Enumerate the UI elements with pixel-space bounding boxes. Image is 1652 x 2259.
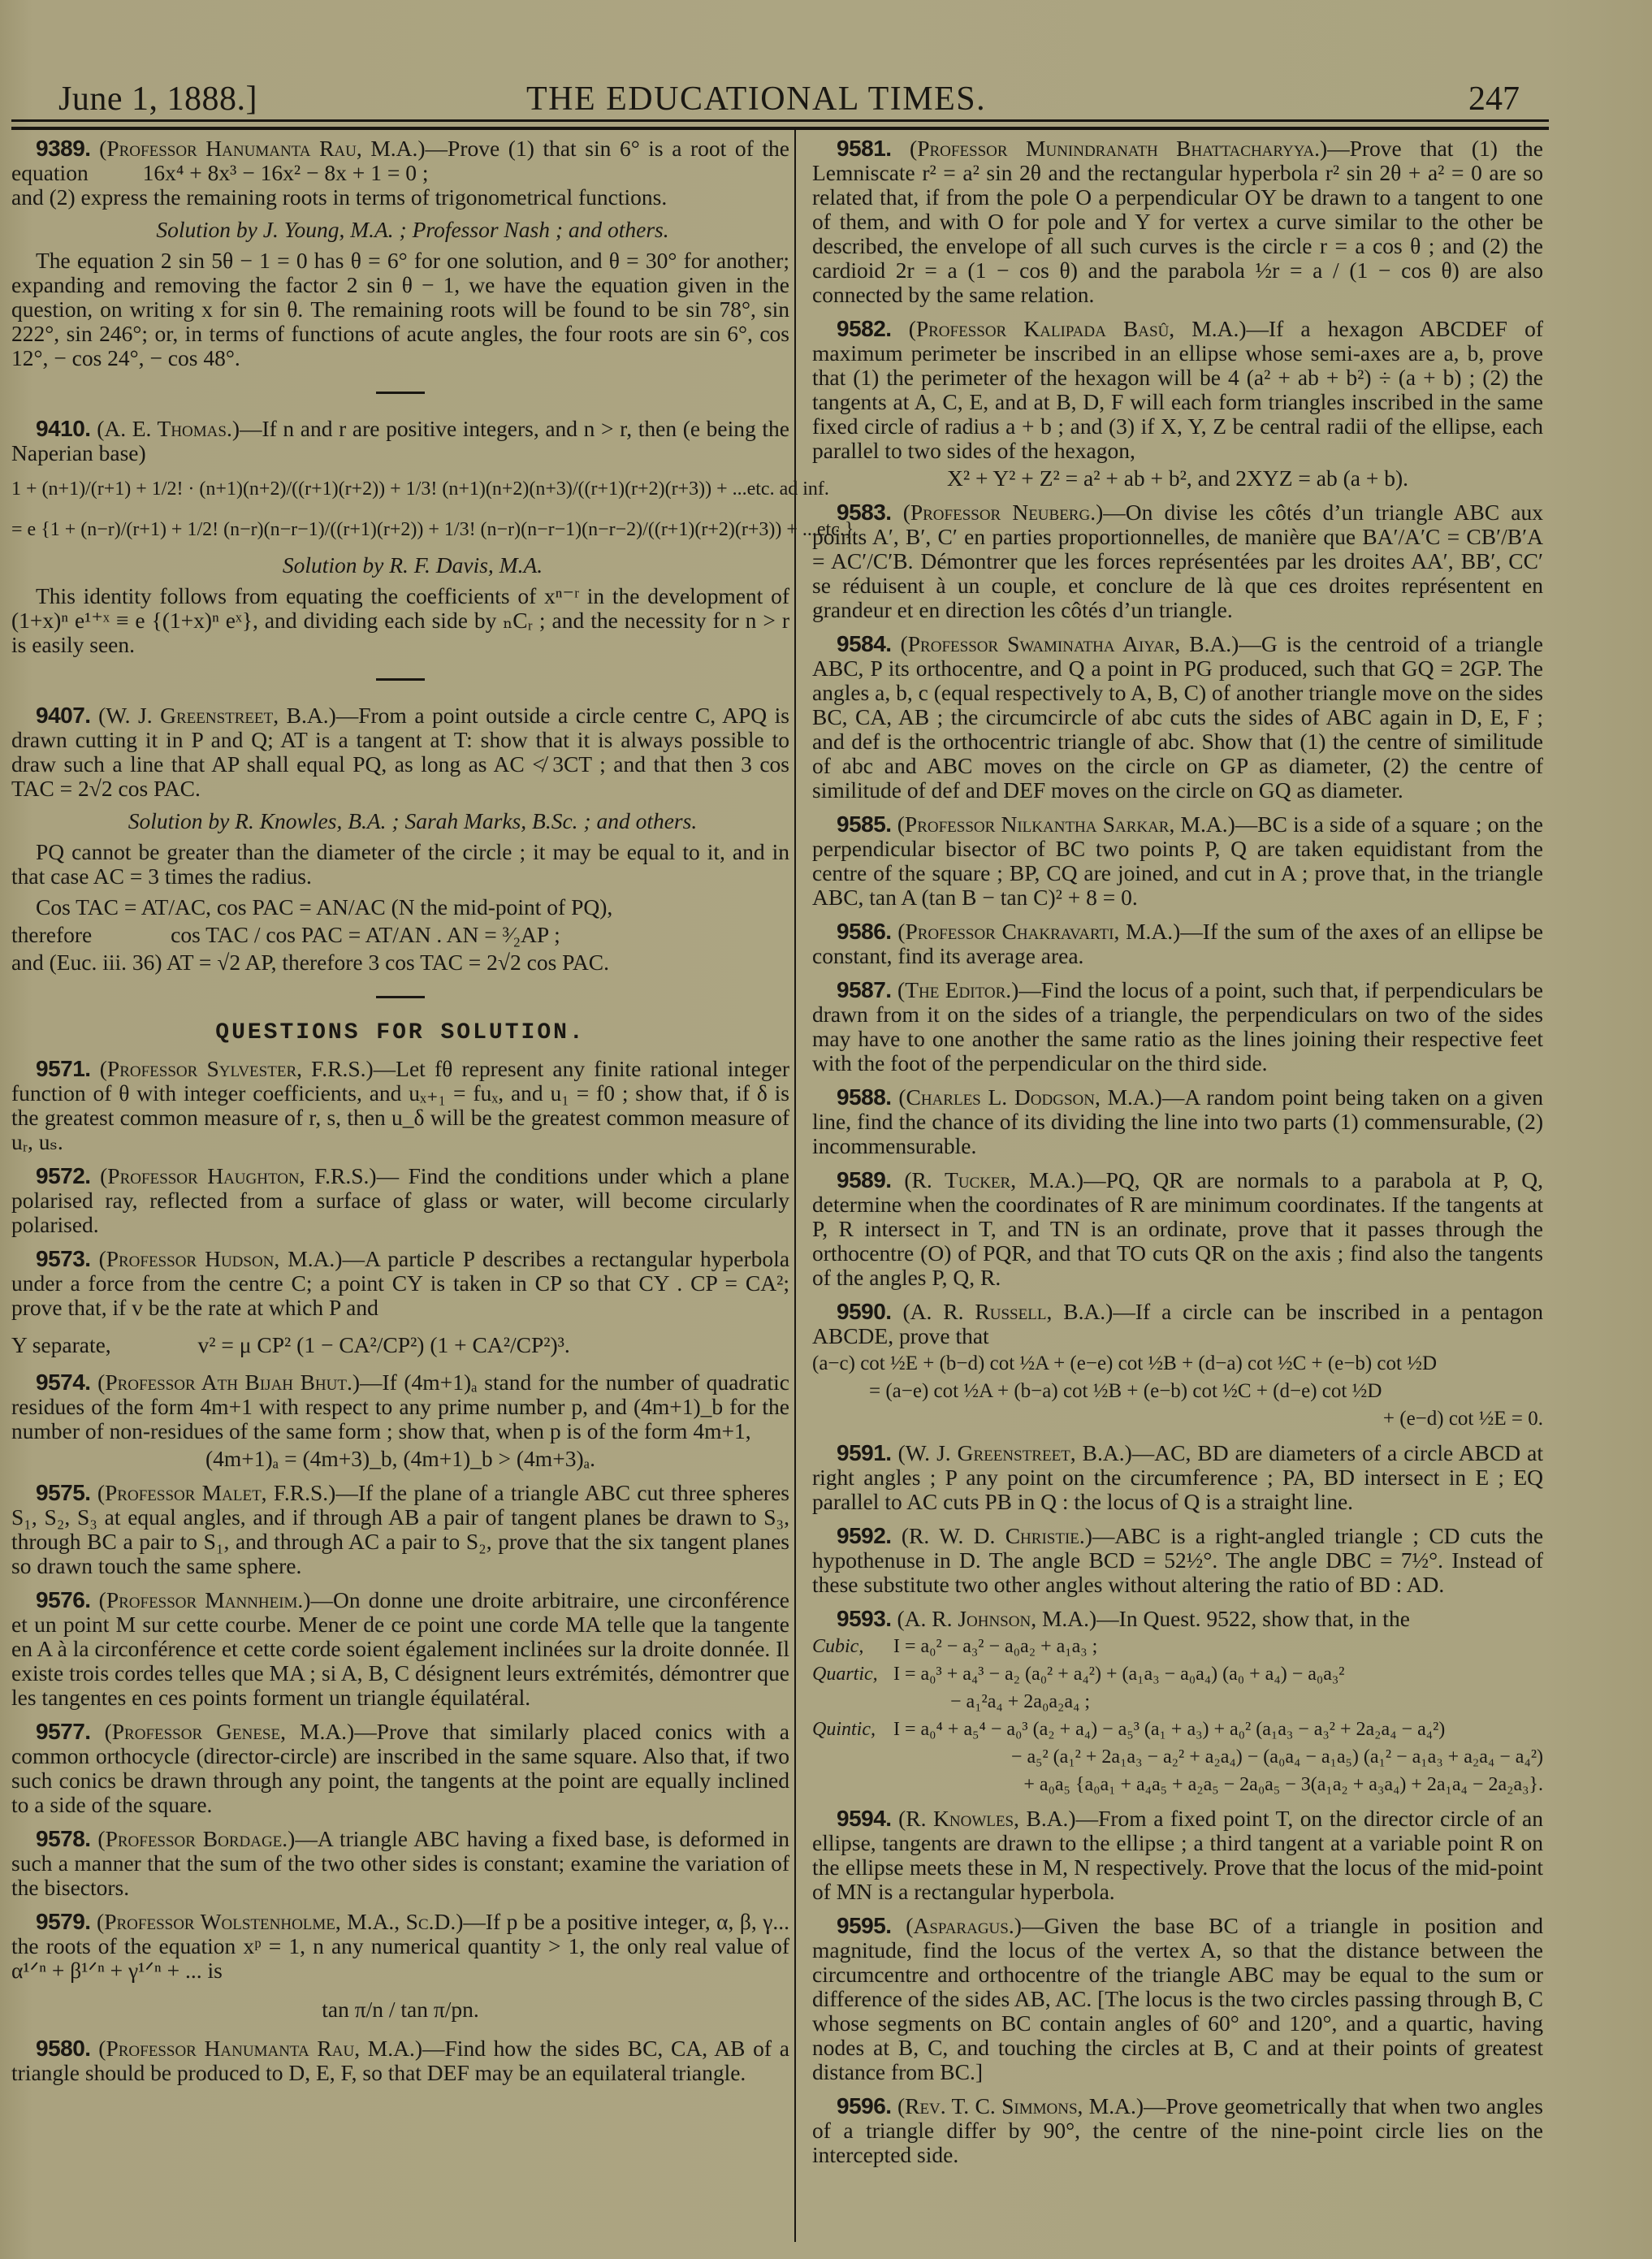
question-9389: 9389. (Professor Hanumanta Rau, M.A.)—Pr… (11, 136, 789, 370)
solution-text: The equation 2 sin 5θ − 1 = 0 has θ = 6°… (11, 249, 789, 370)
question-9585: 9585. (Professor Nilkantha Sarkar, M.A.)… (812, 812, 1543, 910)
question-9581: 9581. (Professor Munindranath Bhattachar… (812, 136, 1543, 307)
left-column: 9389. (Professor Hanumanta Rau, M.A.)—Pr… (11, 136, 789, 2095)
question-9582: 9582. (Professor Kalipada Basû, M.A.)—If… (812, 317, 1543, 491)
question-9588: 9588. (Charles L. Dodgson, M.A.)—A rando… (812, 1085, 1543, 1158)
equation-body: I = a₀² − a₃² − a₀a₂ + a₁a₃ ; (893, 1636, 1097, 1657)
question-9587: 9587. (The Editor.)—Find the locus of a … (812, 978, 1543, 1075)
question-number: 9574. (36, 1370, 91, 1395)
question-author: (Professor Munindranath Bhattacharyya.) (910, 136, 1327, 161)
solution-text: PQ cannot be greater than the diameter o… (11, 840, 789, 889)
equation-body: v² = μ CP² (1 − CA²/CP²) (1 + CA²/CP²)³. (117, 1332, 570, 1357)
question-9579: 9579. (Professor Wolstenholme, M.A., Sc.… (11, 1910, 789, 2022)
question-9593: 9593. (A. R. Johnson, M.A.)—In Quest. 95… (812, 1607, 1543, 1797)
question-9594: 9594. (R. Knowles, B.A.)—From a fixed po… (812, 1807, 1543, 1904)
solution-text: This identity follows from equating the … (11, 584, 789, 657)
question-9572: 9572. (Professor Haughton, F.R.S.)— Find… (11, 1164, 789, 1237)
question-number: 9595. (837, 1913, 892, 1938)
equation-line: − a₁²a₄ + 2a₀a₂a₄ ; (812, 1690, 1543, 1714)
question-author: (R. Tucker, M.A.) (904, 1167, 1083, 1192)
question-number: 9585. (837, 811, 892, 837)
question-author: (Charles L. Dodgson, M.A.) (898, 1084, 1161, 1110)
question-author: (Professor Mannheim.) (99, 1587, 311, 1612)
column-divider (794, 130, 796, 2242)
equation-label: Quartic, (812, 1662, 893, 1686)
question-9407: 9407. (W. J. Greenstreet, B.A.)—From a p… (11, 703, 789, 975)
equation-body: − a₁²a₄ + 2a₀a₂a₄ ; (950, 1691, 1090, 1712)
question-author: (R. Knowles, B.A.) (898, 1806, 1075, 1831)
solution-by: Solution by R. F. Davis, M.A. (11, 553, 789, 578)
question-author: (A. R. Russell, B.A.) (903, 1299, 1114, 1324)
question-9586: 9586. (Professor Chakravarti, M.A.)—If t… (812, 920, 1543, 968)
question-number: 9575. (36, 1480, 91, 1505)
equation-line: Cubic,I = a₀² − a₃² − a₀a₂ + a₁a₃ ; (812, 1634, 1543, 1659)
question-author: (A. E. Thomas.) (97, 416, 240, 441)
equation-label: Quintic, (812, 1717, 893, 1742)
solution-label: therefore (11, 922, 92, 947)
question-text: —Prove that (1) the Lemniscate r² = a² s… (812, 136, 1543, 307)
header-rule-top (11, 119, 1549, 122)
solution-line: therefore cos TAC / cos PAC = AT/AN . AN… (11, 923, 789, 947)
page-header: June 1, 1888.] THE EDUCATIONAL TIMES. 24… (23, 75, 1550, 123)
question-9410: 9410. (A. E. Thomas.)—If n and r are pos… (11, 417, 789, 657)
solution-by: Solution by J. Young, M.A. ; Professor N… (11, 218, 789, 242)
solution-by: Solution by R. Knowles, B.A. ; Sarah Mar… (11, 809, 789, 833)
question-author: (Professor Malet, F.R.S.) (97, 1480, 335, 1505)
solution-line: Cos TAC = AT/AC, cos PAC = AN/AC (N the … (11, 895, 789, 920)
question-author: (Professor Hudson, M.A.) (99, 1246, 343, 1271)
question-number: 9582. (837, 316, 892, 341)
question-author: (A. R. Johnson, M.A.) (897, 1606, 1096, 1631)
question-number: 9592. (837, 1523, 892, 1548)
question-author: (Professor Swaminatha Aiyar, B.A.) (901, 631, 1239, 656)
question-author: (Professor Hanumanta Rau, M.A.) (99, 136, 425, 161)
question-author: (Professor Haughton, F.R.S.) (100, 1163, 376, 1188)
separator-rule (376, 392, 425, 394)
question-9574: 9574. (Professor Ath Bijah Bhut.)—If (4m… (11, 1370, 789, 1471)
right-column: 9581. (Professor Munindranath Bhattachar… (812, 136, 1543, 2177)
equation-label: Cubic, (812, 1634, 893, 1659)
question-9571: 9571. (Professor Sylvester, F.R.S.)—Let … (11, 1057, 789, 1154)
question-number: 9571. (36, 1056, 91, 1081)
question-9595: 9595. (Asparagus.)—Given the base BC of … (812, 1914, 1543, 2084)
question-9596: 9596. (Rev. T. C. Simmons, M.A.)—Prove g… (812, 2094, 1543, 2167)
question-author: (Professor Neuberg.) (903, 500, 1104, 525)
issue-date: June 1, 1888.] (58, 75, 257, 123)
question-author: (Professor Sylvester, F.R.S.) (100, 1056, 374, 1081)
equation: Y separate, v² = μ CP² (1 − CA²/CP²) (1 … (11, 1333, 789, 1357)
question-number: 9580. (36, 2036, 91, 2061)
header-rule-bottom (11, 127, 1549, 130)
solution-line: and (Euc. iii. 36) AT = √2 AP, therefore… (11, 950, 789, 975)
question-9592: 9592. (R. W. D. Christie.)—ABC is a righ… (812, 1524, 1543, 1597)
question-text: —In Quest. 9522, show that, in the (1096, 1606, 1410, 1631)
equation-body: I = a₀⁴ + a₅⁴ − a₀³ (a₂ + a₄) − a₅³ (a₁ … (893, 1719, 1445, 1740)
question-text-cont: and (2) express the remaining roots in t… (11, 185, 789, 210)
question-number: 9590. (837, 1299, 892, 1324)
question-number: 9584. (837, 631, 892, 656)
question-number: 9591. (837, 1440, 892, 1465)
question-number: 9588. (837, 1084, 892, 1110)
equation: tan π/n / tan π/pn. (11, 1997, 789, 2022)
question-9576: 9576. (Professor Mannheim.)—On donne une… (11, 1588, 789, 1710)
question-number: 9596. (837, 2093, 892, 2118)
question-text: —Given the base BC of a triangle in posi… (812, 1913, 1543, 2084)
equation-line: − a₅² (a₁² + 2a₁a₃ − a₂² + a₂a₄) − (a₀a₄… (812, 1745, 1543, 1769)
question-author: (Professor Wolstenholme, M.A., Sc.D.) (97, 1909, 463, 1934)
question-number: 9389. (36, 136, 91, 161)
equation-line: = (a−e) cot ½A + (b−a) cot ½B + (e−b) co… (812, 1379, 1543, 1404)
question-number: 9583. (837, 500, 892, 525)
question-9583: 9583. (Professor Neuberg.)—On divise les… (812, 500, 1543, 622)
question-number: 9572. (36, 1163, 91, 1188)
equation: (4m+1)ₐ = (4m+3)_b, (4m+1)_b > (4m+3)ₐ. (11, 1447, 789, 1471)
question-number: 9586. (837, 919, 892, 944)
question-number: 9578. (36, 1826, 91, 1851)
equation-body: I = a₀³ + a₄³ − a₂ (a₀² + a₄²) + (a₁a₃ −… (893, 1664, 1344, 1685)
question-author: (Asparagus.) (906, 1913, 1022, 1938)
section-title: QUESTIONS FOR SOLUTION. (11, 1021, 789, 1045)
question-number: 9594. (837, 1806, 892, 1831)
question-author: (R. W. D. Christie.) (902, 1523, 1092, 1548)
equation-line-2: = e {1 + (n−r)/(r+1) + 1/2! (n−r)(n−r−1)… (11, 517, 789, 542)
question-author: (The Editor.) (897, 977, 1018, 1002)
question-author: (Professor Ath Bijah Bhut.) (97, 1370, 360, 1395)
question-9590: 9590. (A. R. Russell, B.A.)—If a circle … (812, 1300, 1543, 1431)
question-number: 9587. (837, 977, 892, 1002)
equation-line-1: 1 + (n+1)/(r+1) + 1/2! · (n+1)(n+2)/((r+… (11, 477, 789, 501)
question-number: 9589. (837, 1167, 892, 1192)
question-9573: 9573. (Professor Hudson, M.A.)—A particl… (11, 1247, 789, 1357)
equation-label: Y separate, (11, 1332, 111, 1357)
question-author: (Professor Kalipada Basû, M.A.) (909, 316, 1247, 341)
solution-equation: cos TAC / cos PAC = AT/AN . AN = ³⁄₂AP ; (97, 922, 560, 947)
separator-rule (376, 996, 425, 998)
question-9580: 9580. (Professor Hanumanta Rau, M.A.)—Fi… (11, 2036, 789, 2085)
equation-line: Quartic,I = a₀³ + a₄³ − a₂ (a₀² + a₄²) +… (812, 1662, 1543, 1686)
equation-line: + (e−d) cot ½E = 0. (812, 1407, 1543, 1431)
question-author: (W. J. Greenstreet, B.A.) (98, 703, 336, 728)
question-9575: 9575. (Professor Malet, F.R.S.)—If the p… (11, 1481, 789, 1578)
equation-line: (a−c) cot ½E + (b−d) cot ½A + (e−e) cot … (812, 1352, 1543, 1376)
equation-body: + a₀a₅ {a₀a₁ + a₄a₅ + a₂a₅ − 2a₀a₅ − 3(a… (1023, 1774, 1543, 1795)
equation: X² + Y² + Z² = a² + ab + b², and 2XYZ = … (812, 466, 1543, 491)
question-number: 9577. (36, 1719, 91, 1744)
equation-line: + a₀a₅ {a₀a₁ + a₄a₅ + a₂a₅ − 2a₀a₅ − 3(a… (812, 1772, 1543, 1797)
question-9578: 9578. (Professor Bordage.)—A triangle AB… (11, 1827, 789, 1900)
question-number: 9579. (36, 1909, 91, 1934)
question-number: 9576. (36, 1587, 91, 1612)
question-author: (Professor Nilkantha Sarkar, M.A.) (897, 811, 1235, 837)
question-author: (Professor Hanumanta Rau, M.A.) (98, 2036, 422, 2061)
equation-body: − a₅² (a₁² + 2a₁a₃ − a₂² + a₂a₄) − (a₀a₄… (1011, 1746, 1543, 1768)
question-author: (Professor Chakravarti, M.A.) (897, 919, 1180, 944)
question-9589: 9589. (R. Tucker, M.A.)—PQ, QR are norma… (812, 1168, 1543, 1290)
question-number: 9410. (36, 416, 91, 441)
publication-title: THE EDUCATIONAL TIMES. (526, 75, 986, 123)
question-author: (Rev. T. C. Simmons, M.A.) (897, 2093, 1144, 2118)
equation: 16x⁴ + 8x³ − 16x² − 8x + 1 = 0 ; (94, 160, 429, 185)
question-9591: 9591. (W. J. Greenstreet, B.A.)—AC, BD a… (812, 1441, 1543, 1514)
question-number: 9593. (837, 1606, 892, 1631)
question-author: (Professor Bordage.) (97, 1826, 295, 1851)
newspaper-page: June 1, 1888.] THE EDUCATIONAL TIMES. 24… (0, 0, 1652, 2259)
question-9577: 9577. (Professor Genese, M.A.)—Prove tha… (11, 1720, 789, 1817)
question-author: (W. J. Greenstreet, B.A.) (898, 1440, 1132, 1465)
separator-rule (376, 678, 425, 681)
question-text: —G is the centroid of a triangle ABC, P … (812, 631, 1543, 803)
question-number: 9581. (837, 136, 892, 161)
equation-line: Quintic,I = a₀⁴ + a₅⁴ − a₀³ (a₂ + a₄) − … (812, 1717, 1543, 1742)
question-9584: 9584. (Professor Swaminatha Aiyar, B.A.)… (812, 632, 1543, 803)
question-author: (Professor Genese, M.A.) (105, 1719, 355, 1744)
page-number: 247 (1468, 75, 1520, 123)
question-number: 9573. (36, 1246, 91, 1271)
question-number: 9407. (36, 703, 91, 728)
